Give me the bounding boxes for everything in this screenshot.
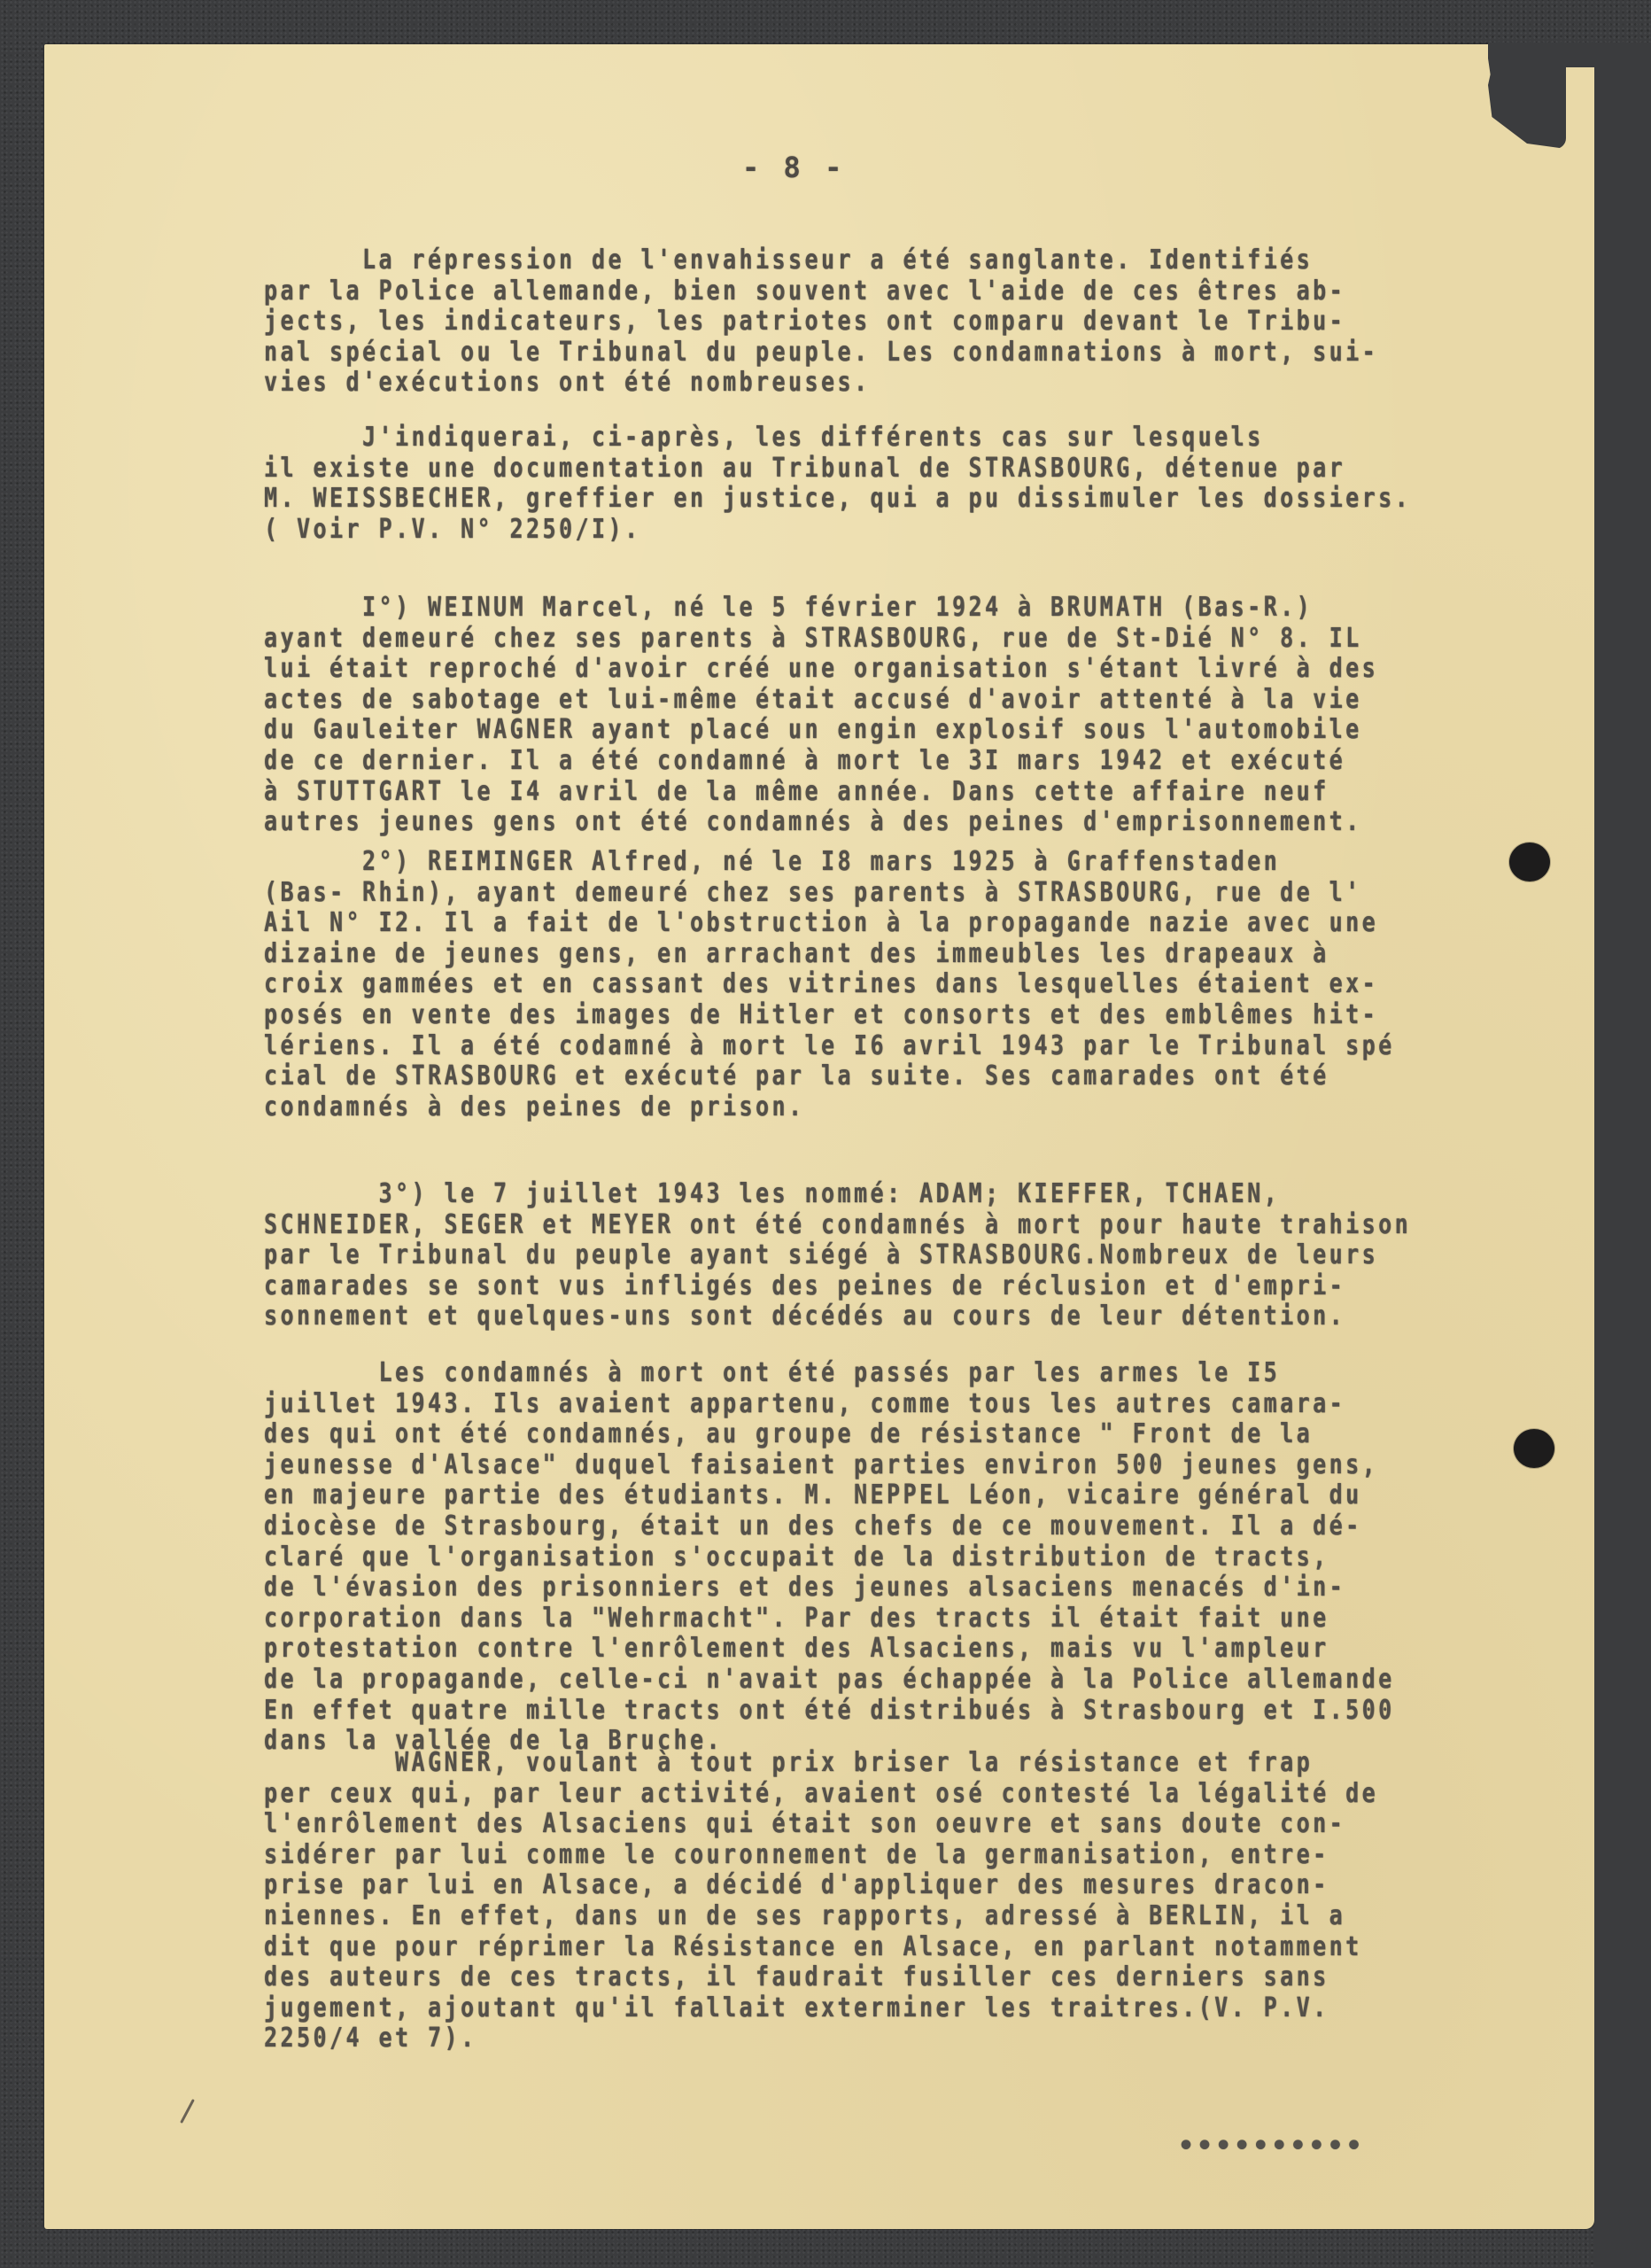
text-line: condamnés à des peines de prison. (264, 1091, 805, 1122)
text-line: corporation dans la "Wehrmacht". Par des… (264, 1603, 1329, 1634)
text-line: 2250/4 et 7). (264, 2023, 477, 2054)
text-line: 2°) REIMINGER Alfred, né le I8 mars 1925… (264, 846, 1280, 877)
page-background-right (1594, 43, 1651, 2268)
end-of-page-dots: •••••••••• (1178, 2131, 1365, 2162)
text-line: l'enrôlement des Alsaciens qui était son… (264, 1808, 1345, 1839)
text-line: claré que l'organisation s'occupait de l… (264, 1542, 1329, 1573)
text-line: juillet 1943. Ils avaient appartenu, com… (264, 1388, 1345, 1419)
punch-hole-lower (1514, 1429, 1554, 1468)
text-line: par le Tribunal du peuple ayant siégé à … (264, 1239, 1378, 1270)
text-line: J'indiquerai, ci-après, les différents c… (264, 422, 1264, 453)
text-line: M. WEISSBECHER, greffier en justice, qui… (264, 483, 1411, 514)
text-line: jects, les indicateurs, les patriotes on… (264, 306, 1345, 337)
text-line: posés en vente des images de Hitler et c… (264, 999, 1378, 1030)
text-line: en majeure partie des étudiants. M. NEPP… (264, 1480, 1362, 1511)
text-line: autres jeunes gens ont été condamnés à d… (264, 806, 1362, 837)
text-line: camarades se sont vus infligés des peine… (264, 1270, 1345, 1301)
text-line: WAGNER, voulant à tout prix briser la ré… (264, 1747, 1313, 1778)
text-line: sonnement et quelques-uns sont décédés a… (264, 1301, 1345, 1332)
text-line: croix gammées et en cassant des vitrines… (264, 968, 1378, 999)
text-line: cial de STRASBOURG et exécuté par la sui… (264, 1060, 1329, 1091)
text-line: ayant demeuré chez ses parents à STRASBO… (264, 623, 1362, 654)
text-line: dizaine de jeunes gens, en arrachant des… (264, 938, 1329, 969)
text-line: per ceux qui, par leur activité, avaient… (264, 1778, 1378, 1809)
text-line: vies d'exécutions ont été nombreuses. (264, 367, 871, 398)
text-line: actes de sabotage et lui-même était accu… (264, 684, 1362, 715)
text-line: SCHNEIDER, SEGER et MEYER ont été condam… (264, 1209, 1411, 1240)
text-line: de ce dernier. Il a été condamné à mort … (264, 745, 1345, 776)
punch-hole-upper (1509, 843, 1550, 882)
text-line: protestation contre l'enrôlement des Als… (264, 1633, 1329, 1664)
text-line: de la propagande, celle-ci n'avait pas é… (264, 1664, 1395, 1695)
text-line: lériens. Il a été codamné à mort le I6 a… (264, 1030, 1395, 1061)
text-line: ( Voir P.V. N° 2250/I). (264, 514, 641, 545)
text-line: La répression de l'envahisseur a été san… (264, 245, 1313, 276)
text-line: jugement, ajoutant qu'il fallait extermi… (264, 1992, 1329, 2023)
text-line: par la Police allemande, bien souvent av… (264, 276, 1345, 307)
text-line: prise par lui en Alsace, a décidé d'appl… (264, 1869, 1329, 1900)
text-line: des qui ont été condamnés, au groupe de … (264, 1418, 1313, 1449)
text-line: Les condamnés à mort ont été passés par … (264, 1357, 1280, 1388)
text-line: 3°) le 7 juillet 1943 les nommé: ADAM; K… (264, 1178, 1280, 1209)
text-line: diocèse de Strasbourg, était un des chef… (264, 1511, 1362, 1542)
text-line: I°) WEINUM Marcel, né le 5 février 1924 … (264, 592, 1313, 623)
text-line: En effet quatre mille tracts ont été dis… (264, 1695, 1395, 1726)
text-line: jeunesse d'Alsace" duquel faisaient part… (264, 1449, 1378, 1480)
text-line: sidérer par lui comme le couronnement de… (264, 1839, 1329, 1870)
text-line: nal spécial ou le Tribunal du peuple. Le… (264, 337, 1378, 368)
text-line: du Gauleiter WAGNER ayant placé un engin… (264, 714, 1362, 745)
text-line: (Bas- Rhin), ayant demeuré chez ses pare… (264, 877, 1362, 908)
text-line: niennes. En effet, dans un de ses rappor… (264, 1900, 1345, 1931)
text-line: il existe une documentation au Tribunal … (264, 453, 1345, 484)
text-line: dit que pour réprimer la Résistance en A… (264, 1931, 1362, 1962)
text-line: Ail N° I2. Il a fait de l'obstruction à … (264, 907, 1378, 938)
text-line: lui était reproché d'avoir créé une orga… (264, 653, 1378, 684)
text-line: à STUTTGART le I4 avril de la même année… (264, 776, 1329, 807)
page-number: - 8 - (742, 151, 845, 184)
text-line: de l'évasion des prisonniers et des jeun… (264, 1572, 1345, 1603)
text-line: des auteurs de ces tracts, il faudrait f… (264, 1961, 1329, 1992)
